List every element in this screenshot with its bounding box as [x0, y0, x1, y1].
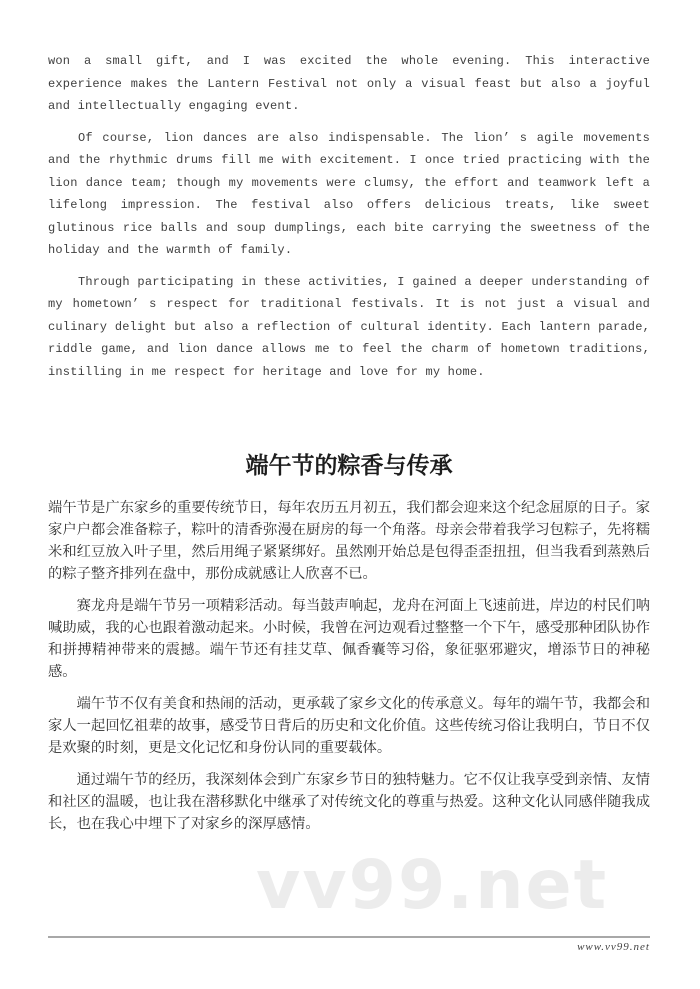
- page-footer: www.vv99.net: [48, 936, 650, 953]
- watermark: vv99.net: [256, 846, 608, 925]
- document-page: won a small gift, and I was excited the …: [0, 0, 700, 989]
- chinese-paragraph: 端午节是广东家乡的重要传统节日，每年农历五月初五，我们都会迎来这个纪念屈原的日子…: [48, 497, 650, 585]
- chinese-paragraph: 通过端午节的经历，我深刻体会到广东家乡节日的独特魅力。它不仅让我享受到亲情、友情…: [48, 769, 650, 835]
- english-paragraph: Of course, lion dances are also indispen…: [48, 127, 650, 262]
- chinese-paragraph: 端午节不仅有美食和热闹的活动，更承载了家乡文化的传承意义。每年的端午节，我都会和…: [48, 693, 650, 759]
- footer-url: www.vv99.net: [48, 941, 650, 953]
- english-paragraph-continuation: won a small gift, and I was excited the …: [48, 50, 650, 118]
- page-content: won a small gift, and I was excited the …: [48, 50, 650, 845]
- chinese-paragraph: 赛龙舟是端午节另一项精彩活动。每当鼓声响起，龙舟在河面上飞速前进，岸边的村民们呐…: [48, 595, 650, 683]
- essay-title: 端午节的粽香与传承: [48, 449, 650, 481]
- english-section: won a small gift, and I was excited the …: [48, 50, 650, 383]
- chinese-section: 端午节是广东家乡的重要传统节日，每年农历五月初五，我们都会迎来这个纪念屈原的日子…: [48, 497, 650, 835]
- footer-divider: [48, 936, 650, 938]
- english-paragraph: Through participating in these activitie…: [48, 271, 650, 384]
